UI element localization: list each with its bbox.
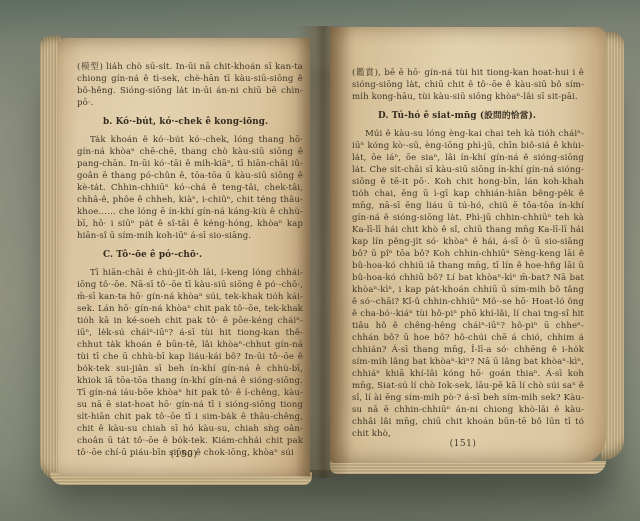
left-page-text-column: (模型) lia̍h chò sū-si̍t. In-ūi nā chit-kh… [77, 61, 303, 444]
page-number-right: (151) [330, 439, 596, 449]
left-page: (模型) lia̍h chò sū-si̍t. In-ūi nā chit-kh… [58, 38, 310, 476]
section-heading-d: D. Tú-hó ê siat-mn̄g (設問的恰當). [378, 110, 584, 122]
paragraph: Múi ê kàu-su lóng èng-kai chai teh kà ti… [352, 128, 584, 440]
right-page-text-column: (鑑賞), bē ē hō· gín-ná tùi hit tiong-kan … [352, 67, 584, 435]
paragraph-continued: (鑑賞), bē ē hō· gín-ná tùi hit tiong-kan … [352, 67, 584, 103]
section-heading-c: C. Tô·-ōe ê pó·-chō·. [103, 249, 303, 261]
right-page: (鑑賞), bē ē hō· gín-ná tùi hit tiong-kan … [330, 27, 606, 463]
paragraph: Ta̍k khoán ê kó·-bu̍t kó·-chek, lóng tha… [77, 134, 303, 242]
paragraph-continued: (模型) lia̍h chò sū-si̍t. In-ūi nā chit-kh… [77, 61, 303, 109]
page-number-left: (150) [58, 450, 310, 460]
paragraph: Tī hiān-chāi ê chú-ji̍t-o̍h lāi, í-keng … [77, 267, 303, 459]
section-heading-b: b. Kó·-bu̍t, kó·-chek ê kong-iōng. [103, 116, 303, 128]
photo-of-open-book: (模型) lia̍h chò sū-si̍t. In-ūi nā chit-kh… [0, 0, 640, 521]
